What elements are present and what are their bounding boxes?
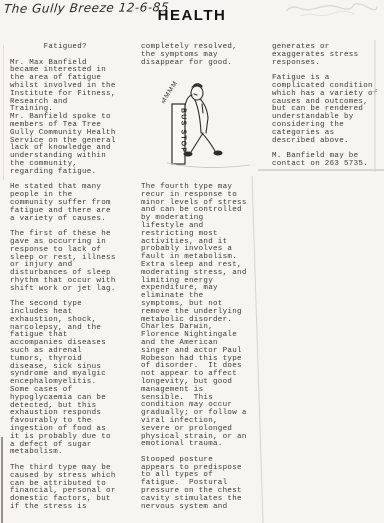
bus-stop-cartoon: MMMM BUS STOP	[162, 80, 254, 175]
cartoon-snore-text: MMMM	[162, 80, 179, 105]
article-title: HEALTH	[0, 7, 384, 24]
scanned-newspaper-clipping-page: The Gully Breeze 12-6-85 HEALTH Fatigued…	[0, 0, 384, 523]
column-2-intro-text: completely resolved, the symptoms may di…	[141, 44, 263, 67]
column-3-text: generates or exaggerates stress response…	[272, 44, 380, 169]
sleeping-man-figure	[184, 84, 222, 156]
column-1-text: Fatigued? Mr. Max Banfield became intere…	[10, 44, 136, 512]
bus-stop-sign-text: BUS STOP	[180, 108, 187, 153]
column-2-main-text: The fourth type may recur in response to…	[141, 184, 263, 511]
